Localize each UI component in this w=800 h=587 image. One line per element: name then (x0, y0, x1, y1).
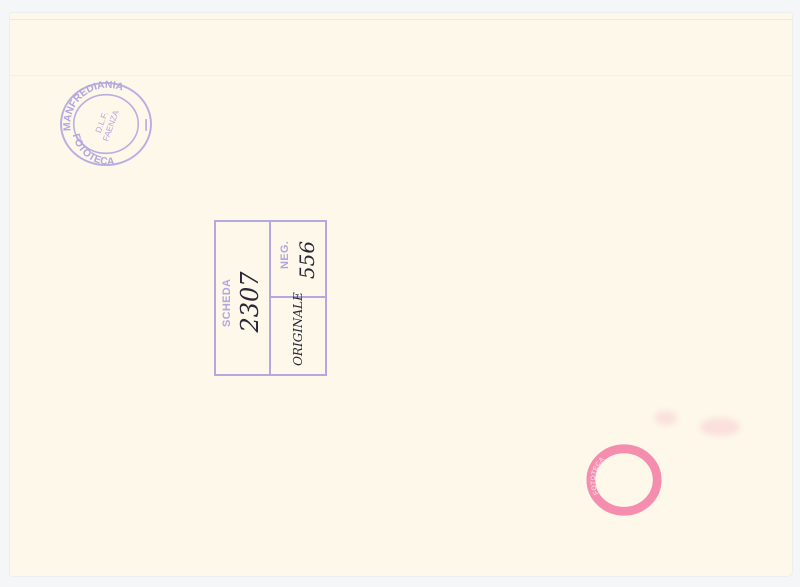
pink-stamp-icon: FOTOTECA (585, 442, 663, 518)
fototeca-circular-stamp: MANFREDIANIA FOTOTECA D.L.F. FAENZA (57, 80, 155, 168)
card-edge-line (10, 19, 792, 20)
ink-smudge (700, 418, 740, 436)
record-stamp: SCHEDA 2307 NEG. 556 ORIGINALE (214, 220, 327, 376)
originale-note: ORIGINALE (291, 291, 305, 367)
card-fold-line (10, 75, 792, 76)
scheda-value: 2307 (236, 262, 264, 342)
photo-back-card: MANFREDIANIA FOTOTECA D.L.F. FAENZA SCHE… (10, 13, 792, 576)
ink-smudge (655, 411, 677, 425)
circular-stamp-icon: MANFREDIANIA FOTOTECA D.L.F. FAENZA (57, 80, 155, 168)
neg-label: NEG. (279, 239, 291, 269)
stamp-vertical-divider (269, 222, 271, 374)
scheda-label: SCHEDA (221, 277, 233, 327)
neg-value: 556 (295, 235, 319, 285)
pink-circular-stamp: FOTOTECA (585, 442, 663, 518)
